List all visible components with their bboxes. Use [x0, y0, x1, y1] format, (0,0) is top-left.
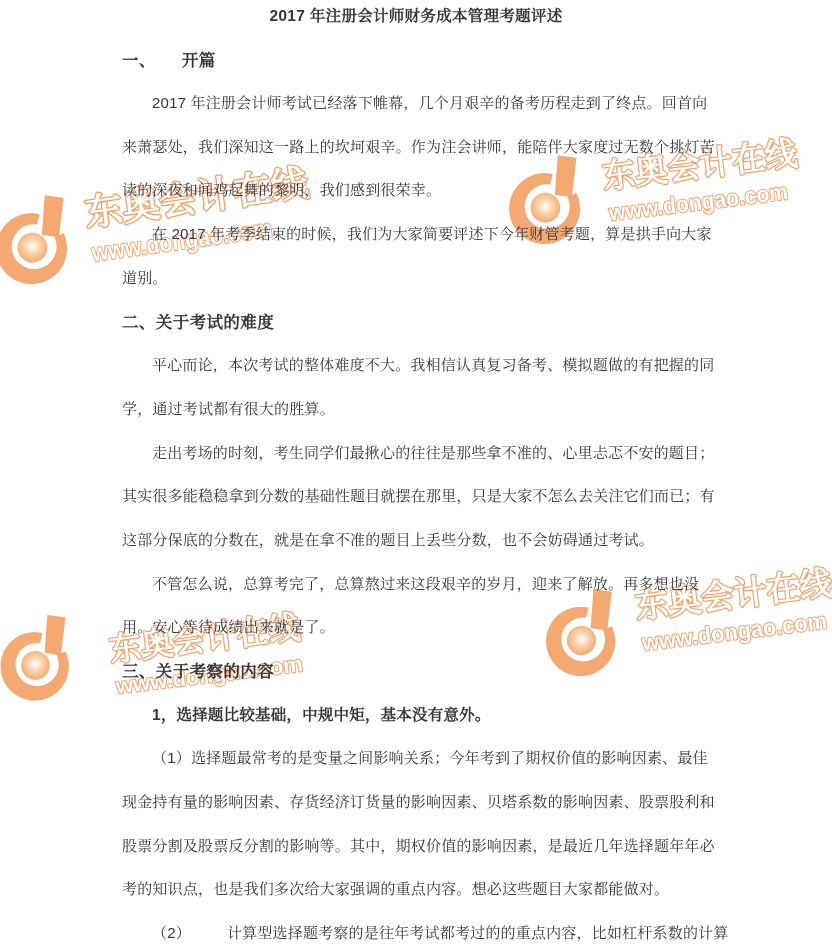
- para-line: 现金持有量的影响因素、存货经济订货量的影响因素、贝塔系数的影响因素、股票股利和: [0, 780, 832, 824]
- para-line: 股票分割及股票反分割的影响等。其中，期权价值的影响因素，是最近几年选择题年年必: [0, 823, 832, 867]
- subheading-1: 1，选择题比较基础，中规中矩，基本没有意外。: [0, 692, 832, 736]
- text-run: 计算型选择题考察的是往年考试都考过的的重点内容，比如杠杆系数的计算: [227, 922, 729, 943]
- text-run: 不管怎么说，总算考完了，总算熬过来这段艰辛的岁月，迎来了解放。再多想也没: [152, 573, 699, 594]
- text-run: 这部分保底的分数在，就是在拿不准的题目上丢些分数，也不会妨碍通过考试。: [122, 529, 654, 550]
- para-line: 考的知识点，也是我们多次给大家强调的重点内容。想必这些题目大家都能做对。: [0, 867, 832, 911]
- text-run: 来萧瑟处，我们深知这一路上的坎坷艰辛。作为注会讲师，能陪伴大家度过无数个挑灯苦: [122, 136, 715, 157]
- para-line: （1）选择题最常考的是变量之间影响关系；今年考到了期权价值的影响因素、最佳: [0, 736, 832, 780]
- text-run: 学，通过考试都有很大的胜算。: [122, 398, 335, 419]
- text-run: 一、: [122, 47, 156, 71]
- para-line: 不管怎么说，总算考完了，总算熬过来这段艰辛的岁月，迎来了解放。再多想也没: [0, 561, 832, 605]
- text-run: 现金持有量的影响因素、存货经济订货量的影响因素、贝塔系数的影响因素、股票股利和: [122, 791, 715, 812]
- para-line: 用。安心等待成绩出来就是了。: [0, 605, 832, 649]
- text-run: 平心而论，本次考试的整体难度不大。我相信认真复习备考、模拟题做的有把握的同: [152, 354, 714, 375]
- para-line: 来萧瑟处，我们深知这一路上的坎坷艰辛。作为注会讲师，能陪伴大家度过无数个挑灯苦: [0, 124, 832, 168]
- para-line: （2）计算型选择题考察的是往年考试都考过的的重点内容，比如杠杆系数的计算: [0, 911, 832, 948]
- text-run: 在 2017 年考季结束的时候，我们为大家简要评述下今年财管考题，算是拱手向大家: [152, 223, 712, 244]
- heading-section-3: 三、关于考察的内容: [0, 649, 832, 693]
- heading-section-2: 二、关于考试的难度: [0, 299, 832, 343]
- text-run: 股票分割及股票反分割的影响等。其中，期权价值的影响因素，是最近几年选择题年年必: [122, 835, 715, 856]
- para-line: 在 2017 年考季结束的时候，我们为大家简要评述下今年财管考题，算是拱手向大家: [0, 212, 832, 256]
- text-run: 2017 年注册会计师考试已经落下帷幕，几个月艰辛的备考历程走到了终点。回首向: [152, 92, 707, 113]
- para-line: 学，通过考试都有很大的胜算。: [0, 387, 832, 431]
- text-run: 道别。: [122, 267, 168, 288]
- para-line: 2017 年注册会计师考试已经落下帷幕，几个月艰辛的备考历程走到了终点。回首向: [0, 81, 832, 125]
- para-line: 这部分保底的分数在，就是在拿不准的题目上丢些分数，也不会妨碍通过考试。: [0, 518, 832, 562]
- text-run: 开篇: [182, 47, 216, 71]
- para-line: 其实很多能稳稳拿到分数的基础性题目就摆在那里，只是大家不怎么去关注它们而已；有: [0, 474, 832, 518]
- text-run: 2017 年注册会计师财务成本管理考题评述: [269, 4, 562, 26]
- text-run: 读的深夜和闻鸡起舞的黎明，我们感到很荣幸。: [122, 179, 441, 200]
- text-run: （2）: [152, 922, 191, 943]
- text-run: 走出考场的时刻，考生同学们最揪心的往往是那些拿不准的、心里忐忑不安的题目；: [152, 442, 714, 463]
- heading-section-1: 一、开篇: [0, 37, 832, 81]
- document-body: 2017 年注册会计师财务成本管理考题评述一、开篇2017 年注册会计师考试已经…: [0, 0, 832, 948]
- para-line: 走出考场的时刻，考生同学们最揪心的往往是那些拿不准的、心里忐忑不安的题目；: [0, 430, 832, 474]
- text-run: 用。安心等待成绩出来就是了。: [122, 616, 335, 637]
- para-line: 平心而论，本次考试的整体难度不大。我相信认真复习备考、模拟题做的有把握的同: [0, 343, 832, 387]
- para-line: 道别。: [0, 255, 832, 299]
- text-run: 其实很多能稳稳拿到分数的基础性题目就摆在那里，只是大家不怎么去关注它们而已；有: [122, 485, 715, 506]
- document-page: 东奥会计在线 www.dongao.com 东奥会计在线: [0, 0, 832, 948]
- text-run: 二、关于考试的难度: [122, 309, 274, 333]
- text-run: 1，选择题比较基础，中规中矩，基本没有意外。: [152, 703, 491, 725]
- text-run: （1）选择题最常考的是变量之间影响关系；今年考到了期权价值的影响因素、最佳: [152, 747, 708, 768]
- text-run: 三、关于考察的内容: [122, 658, 274, 682]
- doc-title: 2017 年注册会计师财务成本管理考题评述: [0, 0, 832, 30]
- text-run: 考的知识点，也是我们多次给大家强调的重点内容。想必这些题目大家都能做对。: [122, 878, 669, 899]
- para-line: 读的深夜和闻鸡起舞的黎明，我们感到很荣幸。: [0, 168, 832, 212]
